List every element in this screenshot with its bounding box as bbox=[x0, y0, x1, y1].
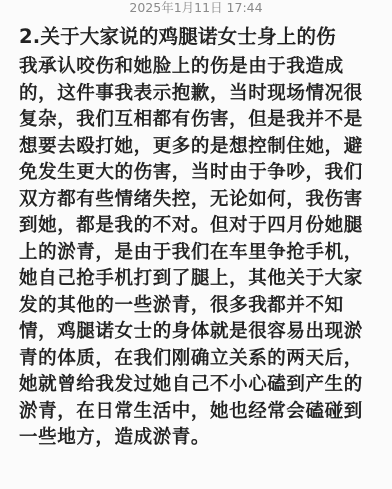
body-line: 青的体质，在我们刚确立关系的两天后， bbox=[19, 346, 379, 373]
body-line: 我承认咬伤和她脸上的伤是由于我造成 bbox=[19, 54, 379, 81]
statement-body: 我承认咬伤和她脸上的伤是由于我造成 的，这件事我表示抱歉，当时现场情况很 复杂，… bbox=[19, 54, 379, 452]
body-line: 她就曾给我发过她自己不小心磕到产生的 bbox=[19, 372, 379, 399]
body-line: 淤青，在日常生活中，她也经常会磕碰到 bbox=[19, 399, 379, 426]
body-line: 的，这件事我表示抱歉，当时现场情况很 bbox=[19, 81, 379, 108]
body-line: 到她，都是我的不对。但对于四月份她腿 bbox=[19, 213, 379, 240]
body-line: 上的淤青，是由于我们在车里争抢手机， bbox=[19, 240, 379, 267]
body-line: 情，鸡腿诺女士的身体就是很容易出现淤 bbox=[19, 319, 379, 346]
body-line: 免发生更大的伤害，当时由于争吵，我们 bbox=[19, 160, 379, 187]
body-line: 想要去殴打她，更多的是想控制住她，避 bbox=[19, 134, 379, 161]
body-line: 双方都有些情绪失控，无论如何，我伤害 bbox=[19, 187, 379, 214]
section-title: 2.关于大家说的鸡腿诺女士身上的伤 bbox=[19, 24, 379, 50]
body-line: 一些地方，造成淤青。 bbox=[19, 425, 379, 452]
body-line: 她自己抢手机打到了腿上，其他关于大家 bbox=[19, 266, 379, 293]
timestamp: 2025年1月11日 17:44 bbox=[0, 0, 392, 16]
body-line: 发的其他的一些淤青，很多我都并不知 bbox=[19, 293, 379, 320]
body-line: 复杂，我们互相都有伤害，但是我并不是 bbox=[19, 107, 379, 134]
